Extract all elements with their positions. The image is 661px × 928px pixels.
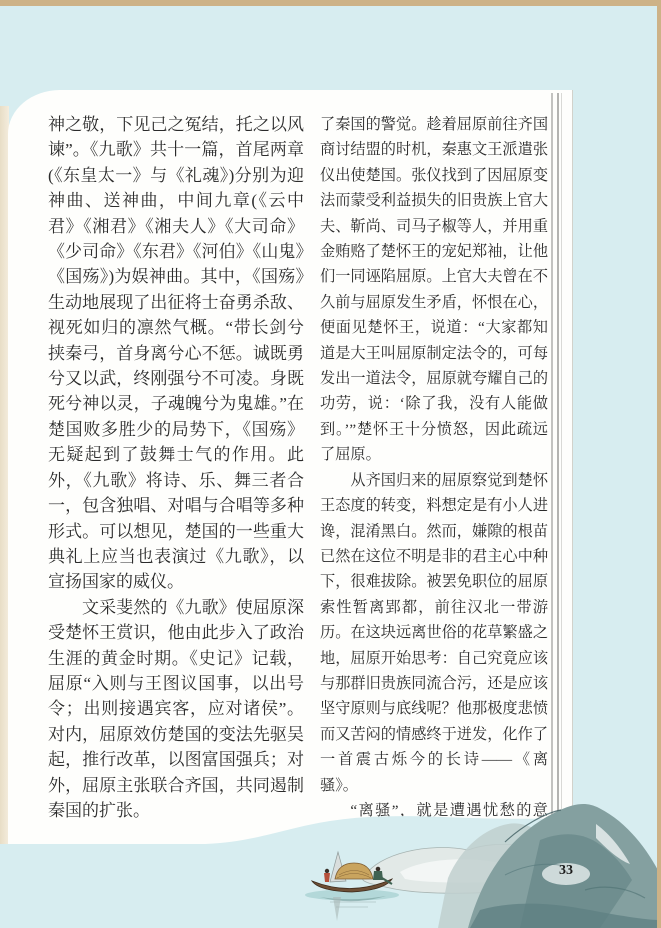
paragraph: 了秦国的警觉。趁着屈原前往齐国商讨结盟的时机，秦惠文王派遣张仪出使楚国。张仪找到…: [320, 112, 548, 468]
page-stack-line: [557, 93, 559, 819]
book-page-screenshot: { "page": { "number": "33" }, "columns":…: [0, 0, 661, 928]
page-stack-line: [561, 93, 562, 819]
page-stack-line: [551, 93, 553, 819]
boatman-red-head: [325, 869, 329, 873]
paragraph: 神之敬，下见己之冤结，托之以风谏”。《九歌》共十一篇，首尾两章(《东皇太一》与《…: [48, 112, 304, 595]
paragraph: 从齐国归来的屈原察觉到楚怀王态度的转变，料想定是有小人进谗，混淆黑白。然而，嫌隙…: [320, 468, 548, 798]
boatman-red-body: [324, 873, 330, 882]
page-number: 33: [551, 863, 581, 879]
right-edge-strip: [657, 0, 661, 928]
top-edge-strip: [0, 0, 661, 6]
boatman-green-head: [376, 867, 381, 872]
bottom-illustration: [0, 780, 661, 928]
boatman-green-body: [373, 871, 383, 880]
